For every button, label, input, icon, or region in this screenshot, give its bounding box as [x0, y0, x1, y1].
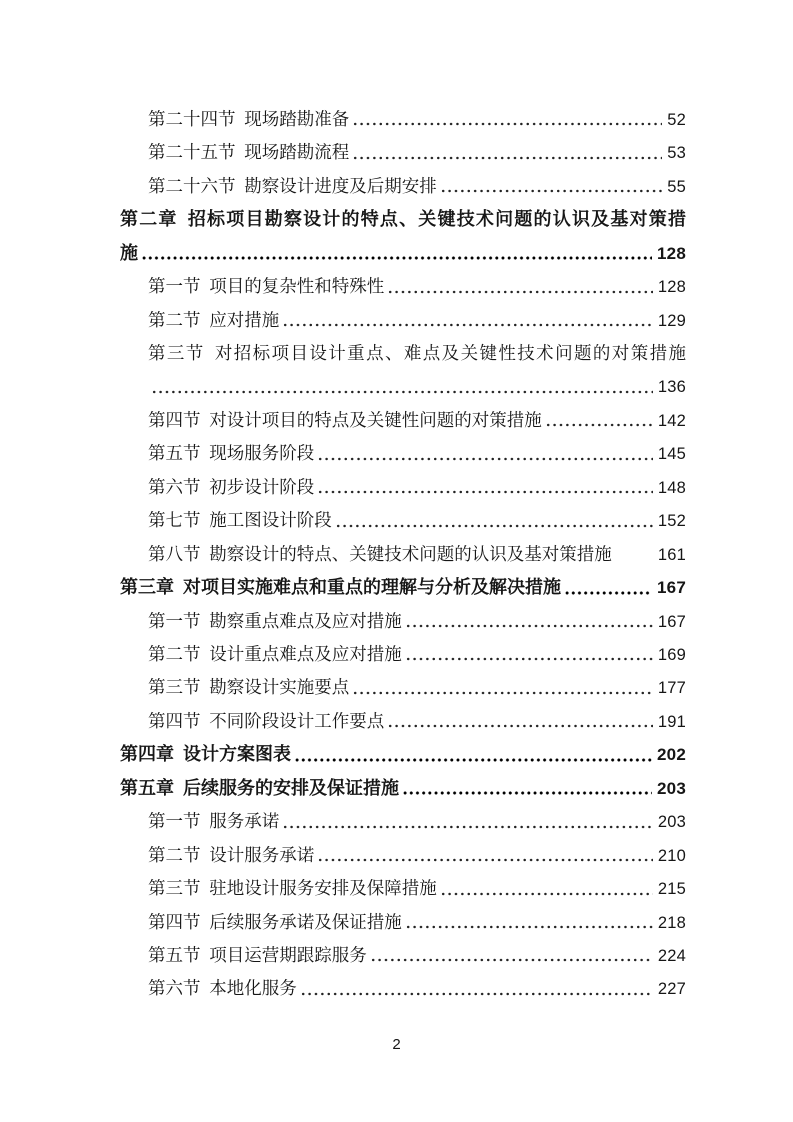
toc-leader-dots — [387, 270, 653, 303]
toc-entry-page: 210 — [658, 840, 686, 873]
toc-entry-page: 167 — [658, 606, 686, 639]
toc-entry-title: 第五章 后续服务的安排及保证措施 — [120, 772, 399, 805]
toc-leader-dots — [317, 471, 653, 504]
toc-entry: 第二十五节 现场踏勘流程 53 — [120, 136, 686, 169]
toc-entry: 第二节 设计重点难点及应对措施 169 — [120, 638, 686, 671]
toc-entry-page: 128 — [657, 237, 686, 270]
toc-entry: 第五章 后续服务的安排及保证措施 203 — [120, 772, 686, 805]
footer-page-number: 2 — [0, 1036, 793, 1053]
toc-entry: 第四章 设计方案图表 202 — [120, 738, 686, 771]
toc-entry-page: 152 — [658, 505, 686, 538]
toc-entry-page: 169 — [658, 639, 686, 672]
toc-entry: 第五节 现场服务阶段 145 — [120, 437, 686, 470]
toc-entry-title: 第四节 后续服务承诺及保证措施 — [148, 906, 402, 939]
toc-entry-title: 第四节 不同阶段设计工作要点 — [148, 705, 384, 738]
toc-entry-title: 第二节 应对措施 — [148, 304, 279, 337]
toc-entry-title: 第二十六节 勘察设计进度及后期安排 — [148, 170, 437, 203]
toc-entry-title: 第五节 现场服务阶段 — [148, 437, 314, 470]
toc-entry-page: 148 — [658, 472, 686, 505]
toc-entry: 第六节 本地化服务 227 — [120, 972, 686, 1005]
toc-entry-page: 191 — [658, 706, 686, 739]
toc-entry-title: 第二十五节 现场踏勘流程 — [148, 136, 349, 169]
toc-leader-dots — [615, 538, 653, 571]
toc-entry-page: 203 — [657, 772, 686, 805]
toc-entry-page: 224 — [658, 940, 686, 973]
toc-entry-page: 55 — [667, 171, 686, 204]
toc-entry-title: 第四节 对设计项目的特点及关键性问题的对策措施 — [148, 404, 542, 437]
toc-entry-title: 第五节 项目运营期跟踪服务 — [148, 939, 367, 972]
toc-entry: 第二章 招标项目勘察设计的特点、关键技术问题的认识及基对策措 — [120, 203, 686, 236]
toc-entry-title: 第二章 招标项目勘察设计的特点、关键技术问题的认识及基对策措 — [120, 203, 686, 236]
toc-entry-title: 第六节 初步设计阶段 — [148, 471, 314, 504]
toc-entry-page: 177 — [658, 672, 686, 705]
toc-entry-title: 第一节 勘察重点难点及应对措施 — [148, 605, 402, 638]
toc-leader-dots — [151, 371, 653, 404]
toc-leader-dots — [387, 705, 653, 738]
toc-entry: 第二十四节 现场踏勘准备 52 — [120, 103, 686, 136]
toc-entry-title: 第三章 对项目实施难点和重点的理解与分析及解决措施 — [120, 571, 561, 604]
toc-leader-dots — [282, 805, 653, 838]
toc-entry: 第一节 服务承诺 203 — [120, 805, 686, 838]
table-of-contents: 第二十四节 现场踏勘准备 52 第二十五节 现场踏勘流程 53 第二十六节 勘察… — [120, 103, 686, 1006]
toc-entry: 施 128 — [120, 237, 686, 270]
toc-leader-dots — [440, 170, 662, 203]
toc-entry: 第四节 对设计项目的特点及关键性问题的对策措施 142 — [120, 404, 686, 437]
toc-entry: 第二十六节 勘察设计进度及后期安排 55 — [120, 170, 686, 203]
toc-entry: 136 — [120, 371, 686, 404]
toc-entry: 第三节 对招标项目设计重点、难点及关键性技术问题的对策措施 — [120, 337, 686, 370]
toc-entry-page: 167 — [657, 571, 686, 604]
toc-entry-page: 203 — [658, 806, 686, 839]
toc-entry: 第一节 勘察重点难点及应对措施 167 — [120, 605, 686, 638]
toc-leader-dots — [282, 304, 653, 337]
toc-leader-dots — [440, 872, 653, 905]
toc-entry-title: 施 — [120, 237, 138, 270]
toc-entry-page: 52 — [667, 104, 686, 137]
toc-entry-title: 第八节 勘察设计的特点、关键技术问题的认识及基对策措施 — [148, 538, 612, 571]
toc-entry-title: 第三节 驻地设计服务安排及保障措施 — [148, 872, 437, 905]
toc-leader-dots — [405, 906, 653, 939]
toc-leader-dots — [335, 504, 653, 537]
toc-leader-dots — [294, 738, 652, 771]
toc-entry: 第八节 勘察设计的特点、关键技术问题的认识及基对策措施 161 — [120, 538, 686, 571]
toc-entry-page: 218 — [658, 907, 686, 940]
toc-entry: 第三章 对项目实施难点和重点的理解与分析及解决措施 167 — [120, 571, 686, 604]
toc-leader-dots — [352, 136, 662, 169]
toc-entry-page: 145 — [658, 438, 686, 471]
toc-entry-page: 128 — [658, 271, 686, 304]
toc-leader-dots — [405, 605, 653, 638]
toc-entry: 第四节 不同阶段设计工作要点 191 — [120, 705, 686, 738]
toc-entry-page: 142 — [658, 405, 686, 438]
toc-leader-dots — [141, 237, 652, 270]
toc-entry-title: 第三节 勘察设计实施要点 — [148, 671, 349, 704]
toc-entry-title: 第七节 施工图设计阶段 — [148, 504, 332, 537]
toc-leader-dots — [352, 671, 653, 704]
toc-entry-title: 第二节 设计重点难点及应对措施 — [148, 638, 402, 671]
toc-entry-page: 215 — [658, 873, 686, 906]
toc-entry: 第七节 施工图设计阶段 152 — [120, 504, 686, 537]
toc-entry-title: 第四章 设计方案图表 — [120, 738, 291, 771]
toc-leader-dots — [405, 638, 653, 671]
toc-leader-dots — [564, 571, 652, 604]
toc-entry-title: 第二节 设计服务承诺 — [148, 839, 314, 872]
toc-leader-dots — [545, 404, 653, 437]
toc-leader-dots — [370, 939, 653, 972]
toc-entry-title: 第二十四节 现场踏勘准备 — [148, 103, 349, 136]
toc-entry: 第四节 后续服务承诺及保证措施 218 — [120, 906, 686, 939]
toc-entry-title: 第六节 本地化服务 — [148, 972, 297, 1005]
toc-entry: 第五节 项目运营期跟踪服务 224 — [120, 939, 686, 972]
toc-entry-title: 第一节 服务承诺 — [148, 805, 279, 838]
toc-entry-page: 136 — [658, 371, 686, 404]
toc-entry-page: 161 — [658, 539, 686, 572]
toc-entry: 第二节 设计服务承诺 210 — [120, 839, 686, 872]
toc-entry: 第一节 项目的复杂性和特殊性 128 — [120, 270, 686, 303]
toc-leader-dots — [317, 839, 653, 872]
toc-entry-page: 227 — [658, 973, 686, 1006]
toc-leader-dots — [402, 772, 652, 805]
document-page: 第二十四节 现场踏勘准备 52 第二十五节 现场踏勘流程 53 第二十六节 勘察… — [0, 0, 793, 1122]
toc-leader-dots — [317, 437, 653, 470]
toc-entry-title: 第三节 对招标项目设计重点、难点及关键性技术问题的对策措施 — [148, 337, 686, 370]
toc-entry-page: 53 — [667, 137, 686, 170]
toc-entry: 第六节 初步设计阶段 148 — [120, 471, 686, 504]
toc-leader-dots — [352, 103, 662, 136]
toc-entry-page: 202 — [657, 738, 686, 771]
toc-entry-title: 第一节 项目的复杂性和特殊性 — [148, 270, 384, 303]
toc-entry-page: 129 — [658, 305, 686, 338]
toc-entry: 第三节 驻地设计服务安排及保障措施 215 — [120, 872, 686, 905]
toc-entry: 第二节 应对措施 129 — [120, 304, 686, 337]
toc-entry: 第三节 勘察设计实施要点 177 — [120, 671, 686, 704]
toc-leader-dots — [300, 972, 653, 1005]
